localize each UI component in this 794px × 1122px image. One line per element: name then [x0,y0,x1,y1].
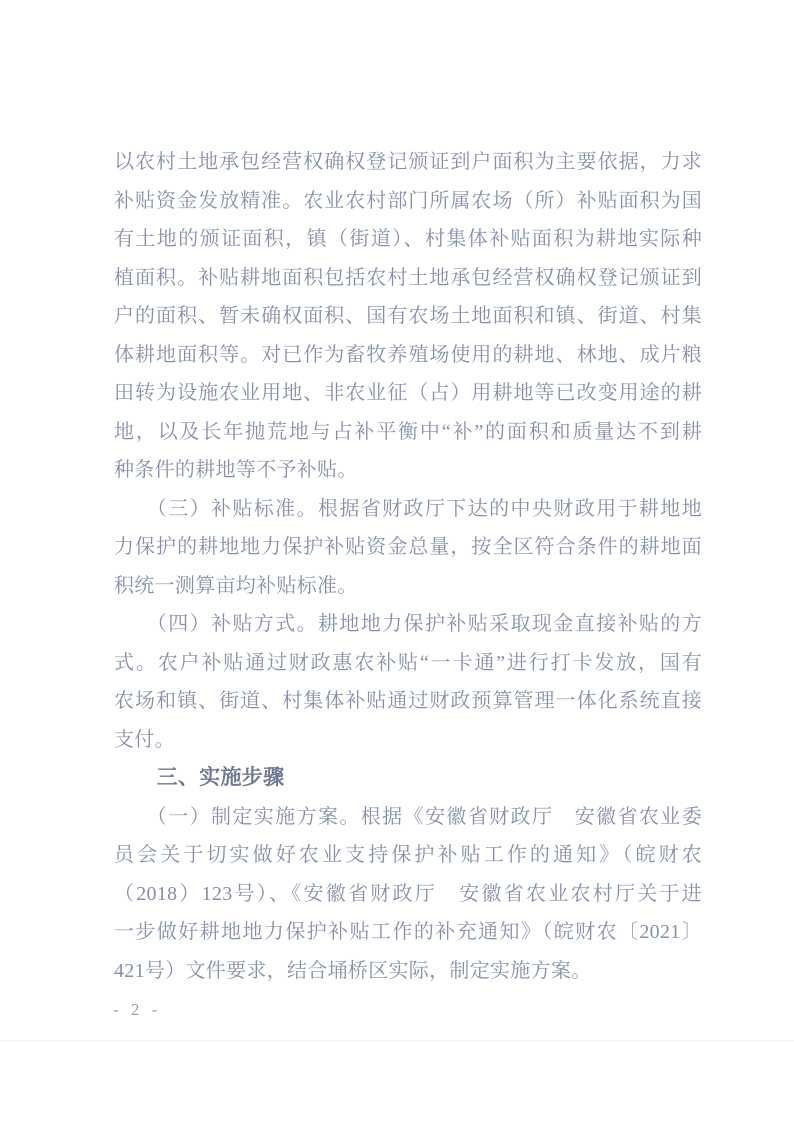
body-line: 421号）文件要求，结合埇桥区实际，制定实施方案。 [114,952,702,991]
document-body: 以农村土地承包经营权确权登记颁证到户面积为主要依据，力求 补贴资金发放精准。农业… [114,143,702,990]
body-line: 植面积。补贴耕地面积包括农村土地承包经营权确权登记颁证到 [114,259,702,298]
page-number: - 2 - [113,1000,161,1020]
body-line: 体耕地面积等。对已作为畜牧养殖场使用的耕地、林地、成片粮 [114,336,702,375]
body-line: （三）补贴标准。根据省财政厅下达的中央财政用于耕地地 [114,490,702,529]
body-line: 支付。 [114,721,702,760]
body-line: 户的面积、暂未确权面积、国有农场土地面积和镇、街道、村集 [114,297,702,336]
body-line: 力保护的耕地地力保护补贴资金总量，按全区符合条件的耕地面 [114,528,702,567]
body-line: 一步做好耕地地力保护补贴工作的补充通知》（皖财农〔2021〕 [114,913,702,952]
body-line: 种条件的耕地等不予补贴。 [114,451,702,490]
body-line: 以农村土地承包经营权确权登记颁证到户面积为主要依据，力求 [114,143,702,182]
section-heading: 三、实施步骤 [114,759,702,798]
body-line: 员会关于切实做好农业支持保护补贴工作的通知》（皖财农 [114,836,702,875]
body-line: 有土地的颁证面积，镇（街道）、村集体补贴面积为耕地实际种 [114,220,702,259]
body-line: （2018）123号）、《安徽省财政厅 安徽省农业农村厅关于进 [114,875,702,914]
body-line: （一）制定实施方案。根据《安徽省财政厅 安徽省农业委 [114,798,702,837]
body-line: 农场和镇、街道、村集体补贴通过财政预算管理一体化系统直接 [114,682,702,721]
page-bottom-edge [0,1040,794,1041]
body-line: 田转为设施农业用地、非农业征（占）用耕地等已改变用途的耕 [114,374,702,413]
body-line: 积统一测算亩均补贴标准。 [114,567,702,606]
document-page: { "colors": { "body_text": "#8590a8", "h… [0,0,794,1122]
body-line: 地，以及长年抛荒地与占补平衡中“补”的面积和质量达不到耕 [114,413,702,452]
body-line: 补贴资金发放精准。农业农村部门所属农场（所）补贴面积为国 [114,182,702,221]
body-line: （四）补贴方式。耕地地力保护补贴采取现金直接补贴的方 [114,605,702,644]
body-line: 式。农户补贴通过财政惠农补贴“一卡通”进行打卡发放，国有 [114,644,702,683]
